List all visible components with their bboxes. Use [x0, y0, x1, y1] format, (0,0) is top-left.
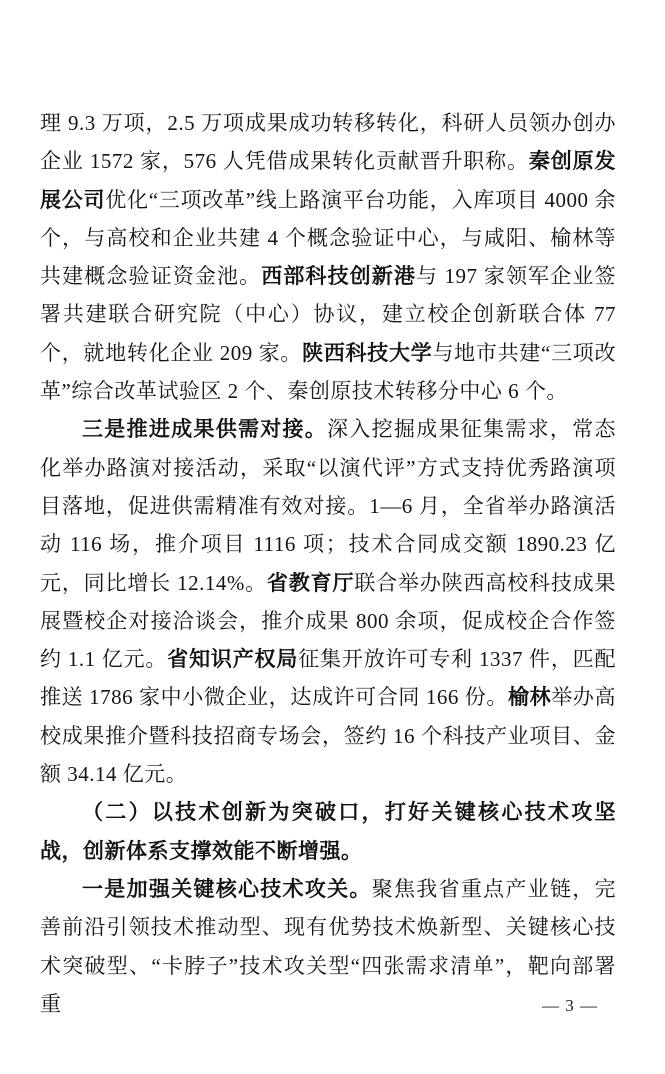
- document-body: 理 9.3 万项，2.5 万项成果成功转移转化，科研人员领办创办企业 1572 …: [40, 104, 616, 1023]
- entity-name-ip-bureau: 省知识产权局: [167, 647, 298, 671]
- entity-name-western-innovation-port: 西部科技创新港: [261, 264, 416, 288]
- subheading-item-one: 一是加强关键核心技术攻关。: [82, 877, 372, 901]
- paragraph-continuation: 理 9.3 万项，2.5 万项成果成功转移转化，科研人员领办创办企业 1572 …: [40, 104, 616, 410]
- section-heading-text: （二）以技术创新为突破口，打好关键核心技术攻坚战，创新体系支撑效能不断增强。: [40, 800, 616, 862]
- entity-name-education-dept: 省教育厅: [267, 571, 354, 595]
- heading-section-two: （二）以技术创新为突破口，打好关键核心技术攻坚战，创新体系支撑效能不断增强。: [40, 793, 616, 870]
- body-text-run: 深入挖掘成果征集需求，常态化举办路演对接活动，采取“以演代评”方式支持优秀路演项…: [40, 417, 616, 594]
- page-number: — 3 —: [538, 996, 602, 1016]
- document-page: 理 9.3 万项，2.5 万项成果成功转移转化，科研人员领办创办企业 1572 …: [0, 0, 665, 1074]
- subheading-item-three: 三是推进成果供需对接。: [82, 417, 327, 441]
- entity-name-shaanxi-univ-sci-tech: 陕西科技大学: [302, 341, 432, 365]
- paragraph-item-three: 三是推进成果供需对接。深入挖掘成果征集需求，常态化举办路演对接活动，采取“以演代…: [40, 410, 616, 793]
- entity-name-yulin: 榆林: [508, 685, 551, 709]
- paragraph-item-one: 一是加强关键核心技术攻关。聚焦我省重点产业链，完善前沿引领技术推动型、现有优势技…: [40, 870, 616, 1023]
